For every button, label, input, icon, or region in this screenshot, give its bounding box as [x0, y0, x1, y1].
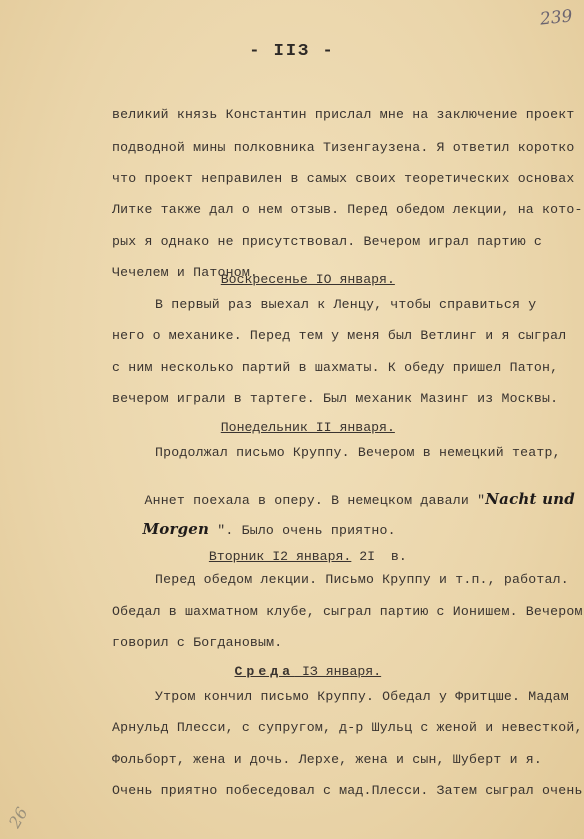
entry-heading: Понедельник II января. — [0, 405, 584, 450]
text-line: Литке также дал о нем отзыв. Перед обедо… — [112, 202, 583, 217]
text-line: Очень приятно побеседовал с мад.Плесси. … — [112, 783, 583, 798]
page-number: - IIЗ - — [0, 42, 584, 61]
text-line: В первый раз выехал к Ленцу, чтобы справ… — [155, 297, 536, 312]
text-line: Обедал в шахматном клубе, сыграл партию … — [112, 604, 583, 619]
text-line: великий князь Константин прислал мне на … — [112, 107, 575, 122]
text-line: рых я однако не присутствовал. Вечером и… — [112, 234, 542, 249]
text-line: Арнульд Плесси, с супругом, д-р Шульц с … — [112, 720, 583, 735]
text-line: Перед обедом лекции. Письмо Круппу и т.п… — [155, 572, 569, 587]
entry-heading: Воскресенье IO января. — [0, 257, 584, 302]
text-line: говорил с Богдановым. — [112, 635, 282, 650]
text-line: с ним несколько партий в шахматы. К обед… — [112, 360, 558, 375]
text-line: Утром кончил письмо Круппу. Обедал у Фри… — [155, 689, 569, 704]
text-line: Фольборт, жена и дочь. Лерхе, жена и сын… — [112, 752, 542, 767]
text-line: Продолжал письмо Круппу. Вечером в немец… — [155, 445, 561, 460]
text-line: вечером играли в тартеге. Был механик Ма… — [112, 391, 558, 406]
entry-heading: Среда IЗ января. — [0, 649, 584, 694]
margin-note: 26 — [5, 804, 32, 831]
text-line: подводной мины полковника Тизенгаузена. … — [112, 140, 575, 155]
text-line: что проект неправилен в самых своих теор… — [112, 171, 575, 186]
handwritten-insert: Nacht und — [485, 490, 575, 508]
document-page: 239 - IIЗ - великий князь Константин при… — [0, 0, 584, 839]
text-line: него о механике. Перед тем у меня был Ве… — [112, 328, 566, 343]
archive-number: 239 — [539, 6, 573, 29]
